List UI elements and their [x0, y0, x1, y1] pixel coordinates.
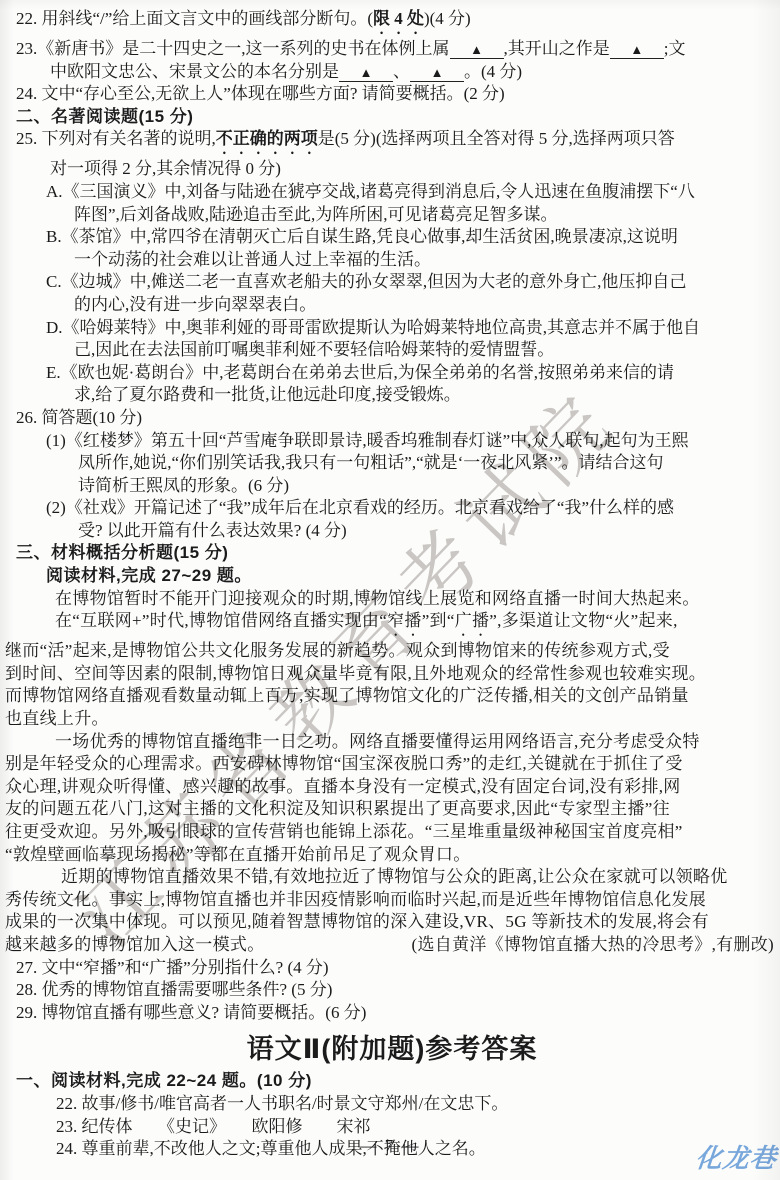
material-p2-line-2: 继而“活”起来,是博物馆公共文化服务发展的新趋势。观众到博物馆来的传统参观方式,… [5, 640, 774, 663]
option-a-line-1: A.《三国演义》中,刘备与陆逊在猇亭交战,诸葛亮得到消息后,令人迅速在鱼腹浦摆下… [16, 181, 768, 204]
question-26-1-line-1: (1)《红楼梦》第五十回“芦雪庵争联即景诗,暖香坞雅制春灯谜”中,众人联句,起句… [16, 430, 768, 453]
material-p3-line-1: 一场优秀的博物馆直播绝非一日之功。网络直播要懂得运用网络语言,充分考虑受众特 [5, 731, 774, 754]
question-26-heading: 26. 简答题(10 分) [16, 407, 768, 430]
answers-title: 语文Ⅱ(附加题)参考答案 [16, 1028, 768, 1070]
question-26-2-line-2: 受? 以此开篇有什么表达效果? (4 分) [16, 520, 768, 543]
option-b-line-1: B.《茶馆》中,常四爷在清朝灭亡后自谋生路,凭良心做事,却生活贫困,晚景凄凉,这… [16, 226, 768, 249]
material-p2-line-5: 也直线上升。 [5, 708, 774, 731]
emphasis-narrowcast: 窄播 [387, 611, 422, 630]
question-22-score: )(4 分) [424, 9, 471, 28]
blank-triangle: ▲ [339, 64, 393, 82]
question-23-text-d: 中欧阳文忠公、宋景文公的本名分别是 [50, 62, 339, 81]
question-23-score: 。(4 分) [464, 62, 522, 81]
answer-23: 23. 纪传体 《史记》 欧阳修 宋祁 [16, 1116, 768, 1139]
question-27: 27. 文中“窄播”和“广播”分别指什么? (4 分) [16, 957, 768, 980]
emphasis-limit-4: 限 4 处 [373, 9, 424, 28]
emphasis-incorrect-two: 不正确的两项 [216, 129, 318, 148]
question-25-line-1: 25. 下列对有关名著的说明,不正确的两项是(5 分)(选择两项且全答对得 5 … [16, 128, 768, 158]
reading-material: 在博物馆暂时不能开门迎接观众的时期,博物馆线上展览和网络直播一时间大热起来。 在… [5, 588, 774, 957]
logo-watermark: 化龙巷 [694, 1138, 779, 1175]
material-p4-line-1: 近期的博物馆直播效果不错,有效地拉近了博物馆与公众的距离,让公众在家就可以领略优 [5, 866, 774, 889]
question-26-1-line-3: 诗简析王熙凤的形象。(6 分) [16, 475, 768, 498]
question-22-text: 22. 用斜线“/”给上面文言文中的画线部分断句。( [16, 9, 373, 28]
material-p2-line-1: 在“互联网+”时代,博物馆借网络直播实现由“窄播”到“广播”,多渠道让文物“火”… [5, 610, 774, 640]
material-p2-text-c: ”到“ [422, 611, 455, 630]
section-2-heading: 二、名著阅读题(15 分) [16, 106, 768, 129]
material-p4-line-4: 越来越多的博物馆加入这一模式。(选自黄洋《博物馆直播大热的冷思考》,有删改) [5, 934, 774, 957]
material-p3-line-6: “敦煌壁画临摹现场揭秘”等都在直播开始前吊足了观众胃口。 [5, 844, 774, 867]
answer-22: 22. 故事/修书/唯官高者一人书职名/时景文守郑州/在文忠下。 [16, 1093, 768, 1116]
question-23-text-c: ;文 [664, 39, 686, 58]
question-28: 28. 优秀的博物馆直播需要哪些条件? (5 分) [16, 979, 768, 1002]
question-25-text-c: 是(5 分)(选择两项且全答对得 5 分,选择两项只答 [318, 129, 675, 148]
document-content: 22. 用斜线“/”给上面文言文中的画线部分断句。(限 4 处)(4 分) 23… [16, 8, 768, 1161]
question-23-text-b: ,其开山之作是 [504, 39, 610, 58]
question-25-text-a: 25. 下列对有关名著的说明, [16, 129, 216, 148]
material-p2-line-4: 而博物馆网络直播观看数量动辄上百万,实现了博物馆文化的广泛传播,相关的文创产品销… [5, 685, 774, 708]
material-p4-line-3: 成果的一次集中体现。可以预见,随着智慧博物馆的深入建设,VR、5G 等新技术的发… [5, 911, 774, 934]
material-p3-line-5: 往更受欢迎。另外,吸引眼球的宣传营销也能锦上添花。“三星堆重量级神秘国宝首度亮相… [5, 821, 774, 844]
question-25-line-2: 对一项得 2 分,其余情况得 0 分) [16, 158, 768, 181]
material-p3-line-3: 众心理,讲观众听得懂、感兴趣的故事。直播本身没有一定模式,没有固定台词,没有彩排… [5, 776, 774, 799]
option-d-line-1: D.《哈姆莱特》中,奥菲利娅的哥哥雷欧提斯认为哈姆莱特地位高贵,其意志并不属于他… [16, 317, 768, 340]
option-b-line-2: 一个动荡的社会难以让普通人过上幸福的生活。 [16, 249, 768, 272]
option-e-line-1: E.《欧也妮·葛朗台》中,老葛朗台在弟弟去世后,为保全弟弟的名誉,按照弟弟来信的… [16, 362, 768, 385]
material-p4-text: 越来越多的博物馆加入这一模式。 [5, 934, 265, 957]
material-p4-line-2: 秀传统文化。事实上,博物馆直播也并非因疫情影响而临时兴起,而是近些年博物馆信息化… [5, 889, 774, 912]
reading-instruction: 阅读材料,完成 27~29 题。 [16, 565, 768, 588]
question-23-line-2: 中欧阳文忠公、宋景文公的本名分别是▲、▲。(4 分) [16, 61, 768, 84]
option-d-line-2: 己,因此在去法国前叮嘱奥菲利娅不要轻信哈姆莱特的爱情盟誓。 [16, 339, 768, 362]
material-p2-text-a: 在“互联网+”时代,博物馆借网络直播实现由“ [55, 611, 387, 630]
exam-paper-page: 22. 用斜线“/”给上面文言文中的画线部分断句。(限 4 处)(4 分) 23… [0, 0, 780, 1180]
source-attribution: (选自黄洋《博物馆直播大热的冷思考》,有删改) [412, 934, 774, 957]
blank-triangle: ▲ [410, 64, 464, 82]
option-c-line-1: C.《边城》中,傩送二老一直喜欢老船夫的孙女翠翠,但因为大老的意外身亡,他压抑自… [16, 271, 768, 294]
question-22: 22. 用斜线“/”给上面文言文中的画线部分断句。(限 4 处)(4 分) [16, 8, 768, 38]
option-c-line-2: 的内心,没有进一步向翠翠表白。 [16, 294, 768, 317]
question-26-2-line-1: (2)《社戏》开篇记述了“我”成年后在北京看戏的经历。北京看戏给了“我”什么样的… [16, 497, 768, 520]
option-e-line-2: 求,给了夏尔路费和一批货,让他远赴印度,接受锻炼。 [16, 384, 768, 407]
question-24: 24. 文中“存心至公,无欲上人”体现在哪些方面? 请简要概括。(2 分) [16, 83, 768, 106]
material-p1: 在博物馆暂时不能开门迎接观众的时期,博物馆线上展览和网络直播一时间大热起来。 [5, 588, 774, 611]
question-26-1-line-2: 凤所作,她说,“你们别笑话我,我只有一句粗话”,“就是‘一夜北风紧’”。请结合这… [16, 452, 768, 475]
section-3-heading: 三、材料概括分析题(15 分) [16, 542, 768, 565]
material-p2-line-3: 到时间、空间等因素的限制,博物馆日观众量毕竟有限,且外地观众的经常性参观也较难实… [5, 663, 774, 686]
answers-section-1-heading: 一、阅读材料,完成 22~24 题。(10 分) [16, 1070, 768, 1093]
blank-triangle: ▲ [610, 41, 664, 59]
material-p2-text-e: ”,多渠道让文物“火”起来, [489, 611, 677, 630]
emphasis-broadcast: 广播 [455, 611, 490, 630]
page-number: — 7 — [0, 1136, 780, 1156]
material-p3-line-4: 友的问题五花八门,这对主播的文化积淀及知识积累提出了更高要求,因此“专家型主播”… [5, 798, 774, 821]
question-23-line-1: 23.《新唐书》是二十四史之一,这一系列的史书在体例上属▲,其开山之作是▲;文 [16, 38, 768, 61]
question-29: 29. 博物馆直播有哪些意义? 请简要概括。(6 分) [16, 1002, 768, 1025]
question-23-text-e: 、 [393, 62, 410, 81]
question-23-text-a: 23.《新唐书》是二十四史之一,这一系列的史书在体例上属 [16, 39, 450, 58]
option-a-line-2: 阵图”,后刘备战败,陆逊追击至此,为阵所困,可见诸葛亮足智多谋。 [16, 204, 768, 227]
material-p3-line-2: 别是年轻受众的心理需求。西安碑林博物馆“国宝深夜脱口秀”的走红,关键就在于抓住了… [5, 753, 774, 776]
blank-triangle: ▲ [450, 41, 504, 59]
